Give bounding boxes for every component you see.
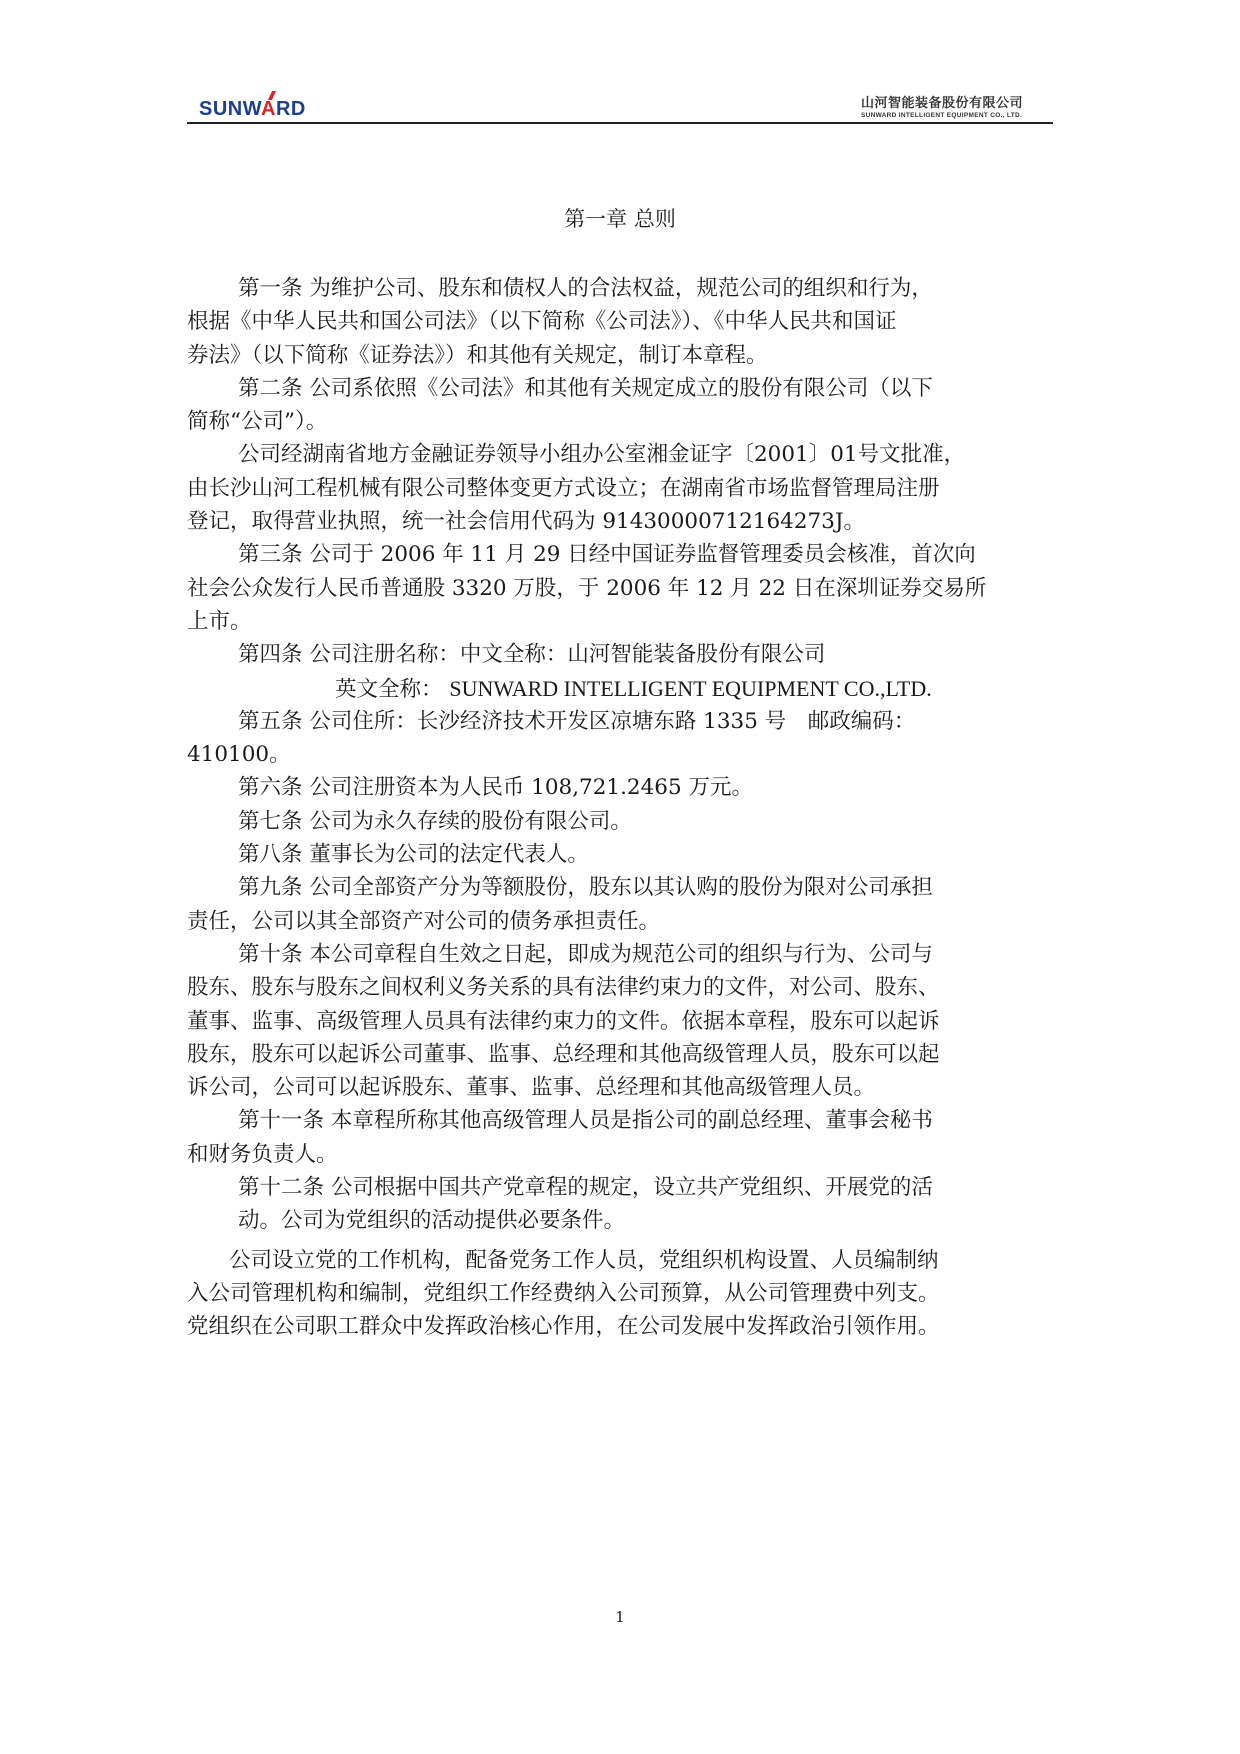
article-12-line: 动。公司为党组织的活动提供必要条件。 [187,1204,1059,1237]
article-2-paragraph-line: 登记，取得营业执照，统一社会信用代码为 91430000712164273J。 [187,505,1059,538]
logo-text-part: SUNW [199,98,261,120]
article-11-line: 第十一条 本章程所称其他高级管理人员是指公司的副总经理、董事会秘书 [187,1104,1059,1137]
article-3-line: 第三条 公司于 2006 年 11 月 29 日经中国证券监督管理委员会核准，首… [187,538,1059,571]
article-8-line: 第八条 董事长为公司的法定代表人。 [187,838,1059,871]
logo-text-part: RD [276,98,306,120]
article-10-line: 董事、监事、高级管理人员具有法律约束力的文件。依据本章程，股东可以起诉 [187,1005,1059,1038]
chapter-title: 第一章 总则 [0,203,1240,233]
article-5-line: 第五条 公司住所：长沙经济技术开发区凉塘东路 1335 号 邮政编码： [187,705,1059,738]
company-name-en: SUNWARD INTELLIGENT EQUIPMENT CO., LTD. [861,112,1023,119]
article-2-paragraph-line: 公司经湖南省地方金融证券领导小组办公室湘金证字〔2001〕01号文批准， [187,438,1059,471]
page-header: SUNWARD 山河智能装备股份有限公司 SUNWARD INTELLIGENT… [187,92,1053,124]
article-4-line: 第四条 公司注册名称：中文全称：山河智能装备股份有限公司 [187,638,1059,671]
header-divider [187,122,1053,124]
article-4-english-name: 英文全称： SUNWARD INTELLIGENT EQUIPMENT CO.,… [187,672,1059,705]
company-name-block: 山河智能装备股份有限公司 SUNWARD INTELLIGENT EQUIPME… [861,92,1023,119]
article-1-line: 第一条 为维护公司、股东和债权人的合法权益，规范公司的组织和行为， [187,272,1059,305]
article-5-line: 410100。 [187,738,1059,771]
article-2-line: 简称“公司”）。 [187,405,1059,438]
article-10-line: 股东、股东与股东之间权利义务关系的具有法律约束力的文件，对公司、股东、 [187,971,1059,1004]
article-6-line: 第六条 公司注册资本为人民币 108,721.2465 万元。 [187,771,1059,804]
article-2-paragraph-line: 由长沙山河工程机械有限公司整体变更方式设立；在湖南省市场监督管理局注册 [187,472,1059,505]
article-12-paragraph-line: 入公司管理机构和编制，党组织工作经费纳入公司预算，从公司管理费中列支。 [187,1277,1059,1310]
document-body: 第一条 为维护公司、股东和债权人的合法权益，规范公司的组织和行为， 根据《中华人… [187,272,1059,1344]
english-name-value: SUNWARD INTELLIGENT EQUIPMENT CO.,LTD. [449,676,931,701]
article-12-paragraph-line: 公司设立党的工作机构，配备党务工作人员，党组织机构设置、人员编制纳 [187,1244,1059,1277]
article-3-line: 社会公众发行人民币普通股 3320 万股，于 2006 年 12 月 22 日在… [187,572,1059,605]
article-7-line: 第七条 公司为永久存续的股份有限公司。 [187,805,1059,838]
article-9-line: 责任，公司以其全部资产对公司的债务承担责任。 [187,905,1059,938]
article-1-line: 根据《中华人民共和国公司法》（以下简称《公司法》）、《中华人民共和国证 [187,305,1059,338]
article-10-line: 诉公司，公司可以起诉股东、董事、监事、总经理和其他高级管理人员。 [187,1071,1059,1104]
article-11-line: 和财务负责人。 [187,1138,1059,1171]
article-2-line: 第二条 公司系依照《公司法》和其他有关规定成立的股份有限公司（以下 [187,372,1059,405]
article-1-line: 券法》（以下简称《证券法》）和其他有关规定，制订本章程。 [187,339,1059,372]
article-12-paragraph-line: 党组织在公司职工群众中发挥政治核心作用，在公司发展中发挥政治引领作用。 [187,1310,1059,1343]
article-10-line: 股东，股东可以起诉公司董事、监事、总经理和其他高级管理人员，股东可以起 [187,1038,1059,1071]
article-10-line: 第十条 本公司章程自生效之日起，即成为规范公司的组织与行为、公司与 [187,938,1059,971]
sunward-logo: SUNWARD [199,98,306,121]
english-name-label: 英文全称： [335,677,443,702]
company-name-cn: 山河智能装备股份有限公司 [861,92,1023,111]
article-3-line: 上市。 [187,605,1059,638]
article-9-line: 第九条 公司全部资产分为等额股份，股东以其认购的股份为限对公司承担 [187,871,1059,904]
logo-text-accent: A [261,98,276,120]
article-12-line: 第十二条 公司根据中国共产党章程的规定，设立共产党组织、开展党的活 [187,1171,1059,1204]
page-number: 1 [0,1608,1240,1626]
